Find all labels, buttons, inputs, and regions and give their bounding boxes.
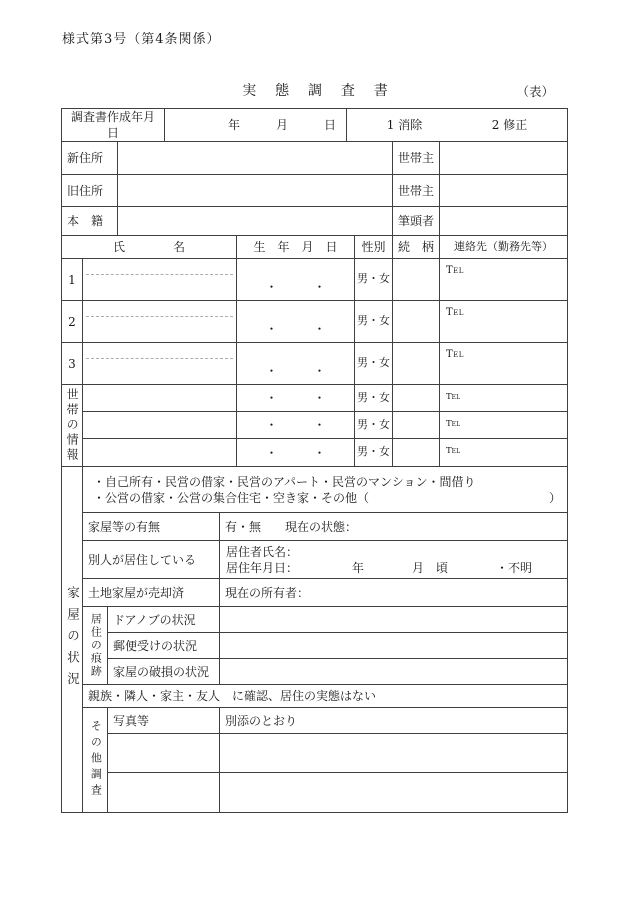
info-table: 調査書作成年月日 年 月 日 1 消除 2 修正 新住所 世帯主 旧住所 [61, 108, 568, 236]
trace-row: 郵便受けの状況 [62, 633, 568, 659]
household-name-cell [83, 439, 237, 467]
damage-value [220, 659, 568, 685]
person-relation-cell [393, 343, 440, 385]
persons-header-row: 氏 名 生 年 月 日 性別 続 柄 連絡先（勤務先等） [62, 236, 568, 259]
household-birthdate-cell: ・ ・ [237, 439, 355, 467]
trace-row: 居住の痕跡 ドアノブの状況 [62, 607, 568, 633]
person-sex-cell: 男・女 [355, 259, 393, 301]
code-cell: 1 消除 2 修正 [347, 109, 568, 142]
other-survey-item-value [220, 734, 568, 773]
confirmation-row: 親族・隣人・家主・友人 に確認、居住の実態はない [62, 685, 568, 708]
other-survey-item-value [220, 773, 568, 813]
name-header: 氏 名 [62, 236, 237, 259]
householder-value [440, 175, 568, 207]
sex-header: 性別 [355, 236, 393, 259]
person-contact-cell: Tel [440, 259, 568, 301]
other-survey-row [62, 734, 568, 773]
housing-options-line1: ・自己所有・民営の借家・民営のアパート・民営のマンション・間借り [93, 474, 561, 490]
other-resident-value: 居住者氏名： 居住年月日： 年 月 頃 ・不明 [220, 541, 568, 579]
form-page: 様式第3号（第4条関係） 実態調査書 （表） 調査書作成年月日 年 月 日 1 … [0, 0, 630, 903]
tel-label: Tel [446, 349, 464, 360]
trace-row: 家屋の破損の状況 [62, 659, 568, 685]
household-contact-cell: Tel [440, 439, 568, 467]
house-existence-value: 有・無 現在の状態： [220, 513, 568, 541]
householder-label: 世帯主 [393, 175, 440, 207]
photo-row: その他調査 写真等 別添のとおり [62, 708, 568, 734]
person-row: 3 ・ ・ 男・女 Tel [62, 343, 568, 385]
old-address-label: 旧住所 [62, 175, 118, 207]
other-survey-item-label [108, 734, 220, 773]
head-of-family-label: 筆頭者 [393, 207, 440, 236]
relation-header: 続 柄 [393, 236, 440, 259]
household-relation-cell [393, 412, 440, 439]
sold-row: 土地家屋が売却済 現在の所有者： [62, 579, 568, 607]
form-tables: 調査書作成年月日 年 月 日 1 消除 2 修正 新住所 世帯主 旧住所 [61, 108, 568, 813]
other-survey-row [62, 773, 568, 813]
household-contact-cell: Tel [440, 412, 568, 439]
code-correct-label: 2 修正 [492, 117, 527, 133]
housing-options-row: 家屋の状況 ・自己所有・民営の借家・民営のアパート・民営のマンション・間借り ・… [62, 467, 568, 513]
household-relation-cell [393, 439, 440, 467]
household-name-cell [83, 385, 237, 412]
residence-trace-label: 居住の痕跡 [83, 607, 108, 685]
household-row: ・ ・ 男・女 Tel [62, 412, 568, 439]
resident-name-line: 居住者氏名： [226, 544, 561, 560]
creation-date-label: 調査書作成年月日 [62, 109, 165, 142]
person-number: 3 [62, 343, 83, 385]
birthdate-header: 生 年 月 日 [237, 236, 355, 259]
tel-label: Tel [446, 419, 460, 429]
other-survey-label: その他調査 [83, 708, 108, 813]
person-name-cell [83, 259, 237, 301]
housing-options-line2: ・公営の借家・公営の集合住宅・空き家・その他（ [93, 490, 369, 506]
registered-domicile-row: 本 籍 筆頭者 [62, 207, 568, 236]
code-erase-label: 1 消除 [387, 117, 422, 133]
creation-date-value: 年 月 日 [165, 109, 347, 142]
creation-date-row: 調査書作成年月日 年 月 日 1 消除 2 修正 [62, 109, 568, 142]
sold-value: 現在の所有者： [220, 579, 568, 607]
household-birthdate-cell: ・ ・ [237, 385, 355, 412]
doorknob-value [220, 607, 568, 633]
old-address-value [118, 175, 393, 207]
person-name-cell [83, 343, 237, 385]
registered-domicile-label: 本 籍 [62, 207, 118, 236]
mailbox-label: 郵便受けの状況 [108, 633, 220, 659]
confirmation-text: 親族・隣人・家主・友人 に確認、居住の実態はない [83, 685, 568, 708]
tel-label: Tel [446, 265, 464, 276]
resident-date-line: 居住年月日： 年 月 頃 ・不明 [226, 560, 561, 576]
tel-label: Tel [446, 392, 460, 402]
doorknob-label: ドアノブの状況 [108, 607, 220, 633]
person-birthdate-cell: ・ ・ [237, 343, 355, 385]
other-survey-item-label [108, 773, 220, 813]
furigana-line [86, 260, 233, 275]
person-row: 2 ・ ・ 男・女 Tel [62, 301, 568, 343]
person-number: 1 [62, 259, 83, 301]
registered-domicile-value [118, 207, 393, 236]
householder-value [440, 142, 568, 175]
housing-options-close-paren: ） [549, 490, 561, 506]
photo-label: 写真等 [108, 708, 220, 734]
person-relation-cell [393, 259, 440, 301]
persons-table: 氏 名 生 年 月 日 性別 続 柄 連絡先（勤務先等） 1 ・ ・ 男・女 T… [61, 235, 568, 467]
person-relation-cell [393, 301, 440, 343]
person-name-cell [83, 301, 237, 343]
person-number: 2 [62, 301, 83, 343]
person-contact-cell: Tel [440, 343, 568, 385]
title-row: 実態調査書 （表） [62, 80, 568, 102]
household-row: ・ ・ 男・女 Tel [62, 439, 568, 467]
person-birthdate-cell: ・ ・ [237, 259, 355, 301]
person-sex-cell: 男・女 [355, 301, 393, 343]
person-birthdate-cell: ・ ・ [237, 301, 355, 343]
page-side-label: （表） [516, 82, 554, 100]
household-row: 世帯の情報 ・ ・ 男・女 Tel [62, 385, 568, 412]
house-existence-label: 家屋等の有無 [83, 513, 220, 541]
new-address-label: 新住所 [62, 142, 118, 175]
furigana-line [86, 344, 233, 359]
tel-label: Tel [446, 307, 464, 318]
housing-section-label: 家屋の状況 [62, 467, 83, 813]
new-address-value [118, 142, 393, 175]
contact-header: 連絡先（勤務先等） [440, 236, 568, 259]
household-sex-cell: 男・女 [355, 439, 393, 467]
head-of-family-value [440, 207, 568, 236]
person-sex-cell: 男・女 [355, 343, 393, 385]
old-address-row: 旧住所 世帯主 [62, 175, 568, 207]
tel-label: Tel [446, 446, 460, 456]
person-row: 1 ・ ・ 男・女 Tel [62, 259, 568, 301]
housing-table: 家屋の状況 ・自己所有・民営の借家・民営のアパート・民営のマンション・間借り ・… [61, 466, 568, 813]
damage-label: 家屋の破損の状況 [108, 659, 220, 685]
household-sex-cell: 男・女 [355, 412, 393, 439]
other-resident-row: 別人が居住している 居住者氏名： 居住年月日： 年 月 頃 ・不明 [62, 541, 568, 579]
household-section-label: 世帯の情報 [62, 385, 83, 467]
house-existence-row: 家屋等の有無 有・無 現在の状態： [62, 513, 568, 541]
form-number: 様式第3号（第4条関係） [62, 28, 221, 47]
householder-label: 世帯主 [393, 142, 440, 175]
household-relation-cell [393, 385, 440, 412]
furigana-line [86, 302, 233, 317]
mailbox-value [220, 633, 568, 659]
housing-options-cell: ・自己所有・民営の借家・民営のアパート・民営のマンション・間借り ・公営の借家・… [83, 467, 568, 513]
new-address-row: 新住所 世帯主 [62, 142, 568, 175]
other-resident-label: 別人が居住している [83, 541, 220, 579]
household-contact-cell: Tel [440, 385, 568, 412]
page-title: 実態調査書 [62, 80, 568, 100]
household-sex-cell: 男・女 [355, 385, 393, 412]
person-contact-cell: Tel [440, 301, 568, 343]
sold-label: 土地家屋が売却済 [83, 579, 220, 607]
household-name-cell [83, 412, 237, 439]
photo-value: 別添のとおり [220, 708, 568, 734]
household-birthdate-cell: ・ ・ [237, 412, 355, 439]
